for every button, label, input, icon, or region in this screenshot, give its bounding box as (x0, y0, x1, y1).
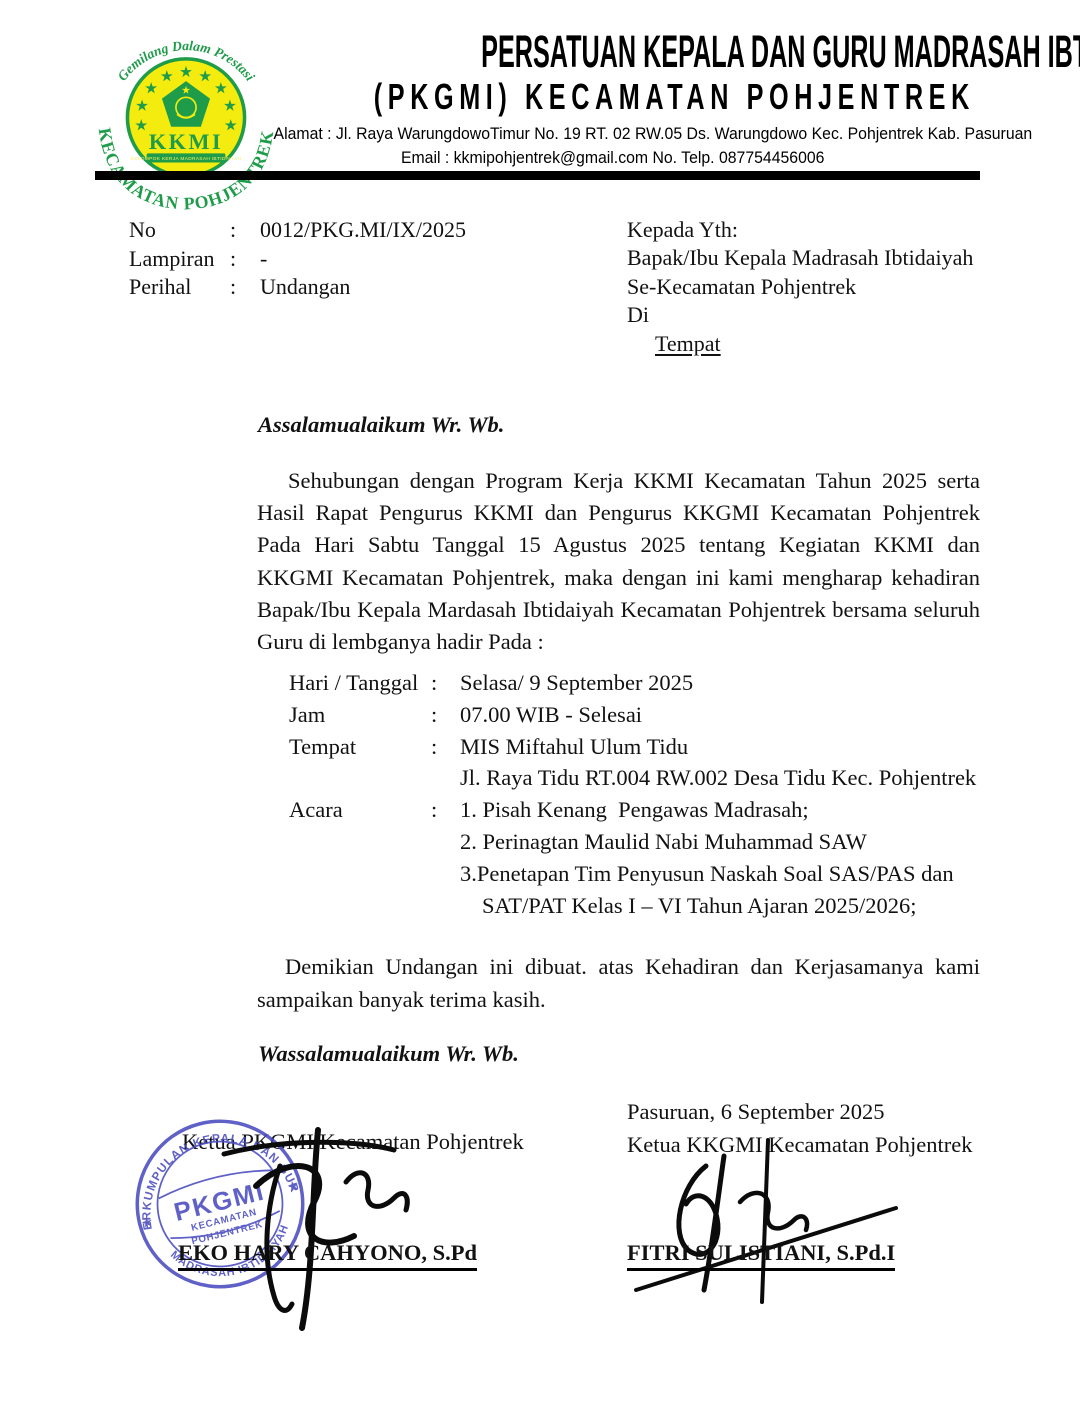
recipient-line: Bapak/Ibu Kepala Madrasah Ibtidaiyah (627, 244, 973, 272)
letterhead-divider (95, 171, 980, 180)
meta-value: Undangan (260, 273, 350, 302)
signer-left-name: EKO HARY CAHYONO, S.Pd (178, 1240, 477, 1271)
meta-colon: : (230, 245, 260, 274)
detail-label: Tempat (289, 731, 431, 763)
detail-value: 3.Penetapan Tim Penyusun Naskah Soal SAS… (460, 858, 954, 890)
detail-value: 1. Pisah Kenang Pengawas Madrasah; (460, 794, 809, 826)
detail-colon (431, 890, 460, 922)
meta-label: Perihal (129, 273, 230, 302)
detail-label (289, 762, 431, 794)
detail-colon: : (431, 699, 460, 731)
org-title-line1: PERSATUAN KEPALA DAN GURU MADRASAH IBTID… (245, 30, 980, 74)
opening-salutation: Assalamualaikum Wr. Wb. (258, 412, 504, 438)
detail-row-agenda-3: 3.Penetapan Tim Penyusun Naskah Soal SAS… (289, 858, 980, 890)
meta-value: 0012/PKG.MI/IX/2025 (260, 216, 466, 245)
letter-meta: No : 0012/PKG.MI/IX/2025 Lampiran : - Pe… (129, 216, 466, 302)
logo-acronym-text: KKMI (149, 129, 223, 154)
svg-text:KELOMPOK KERJA MADRASAH IBTIDA: KELOMPOK KERJA MADRASAH IBTIDAIYAH (131, 156, 242, 162)
recipient-line: Se-Kecamatan Pohjentrek (627, 273, 973, 301)
meta-colon: : (230, 216, 260, 245)
meta-colon: : (230, 273, 260, 302)
meta-row-number: No : 0012/PKG.MI/IX/2025 (129, 216, 466, 245)
detail-colon: : (431, 731, 460, 763)
detail-label (289, 890, 431, 922)
detail-colon (431, 858, 460, 890)
meta-label: Lampiran (129, 245, 230, 274)
letter-page: Gemilang Dalam Prestasi KKMI KELOMPOK KE… (0, 0, 1080, 1420)
detail-row-agenda-1: Acara : 1. Pisah Kenang Pengawas Madrasa… (289, 794, 980, 826)
org-address: Alamat : Jl. Raya WarungdowoTimur No. 19… (245, 122, 980, 146)
detail-label (289, 858, 431, 890)
detail-value: 2. Perinagtan Maulid Nabi Muhammad SAW (460, 826, 867, 858)
detail-label: Jam (289, 699, 431, 731)
detail-colon: : (431, 667, 460, 699)
detail-label: Hari / Tanggal (289, 667, 431, 699)
detail-value: Jl. Raya Tidu RT.004 RW.002 Desa Tidu Ke… (460, 762, 976, 794)
detail-value: Selasa/ 9 September 2025 (460, 667, 693, 699)
event-details: Hari / Tanggal : Selasa/ 9 September 202… (289, 667, 980, 921)
org-title-line2: (PKGMI) KECAMATAN POHJENTREK (245, 77, 980, 117)
detail-label: Acara (289, 794, 431, 826)
detail-label (289, 826, 431, 858)
signature-right-handwriting (628, 1138, 920, 1304)
body-paragraph: Sehubungan dengan Program Kerja KKMI Kec… (257, 465, 980, 658)
detail-row-day: Hari / Tanggal : Selasa/ 9 September 202… (289, 667, 980, 699)
meta-value: - (260, 245, 267, 274)
recipient-place: Tempat (655, 330, 973, 358)
detail-row-agenda-2: 2. Perinagtan Maulid Nabi Muhammad SAW (289, 826, 980, 858)
detail-value: MIS Miftahul Ulum Tidu (460, 731, 688, 763)
detail-row-time: Jam : 07.00 WIB - Selesai (289, 699, 980, 731)
logo-ribbon: KELOMPOK KERJA MADRASAH IBTIDAIYAH (131, 153, 242, 162)
detail-value: 07.00 WIB - Selesai (460, 699, 642, 731)
recipient-salute: Kepada Yth: (627, 216, 973, 244)
meta-row-subject: Perihal : Undangan (129, 273, 466, 302)
recipient-block: Kepada Yth: Bapak/Ibu Kepala Madrasah Ib… (627, 216, 973, 358)
detail-colon (431, 762, 460, 794)
signature-left-handwriting (196, 1126, 434, 1334)
signer-right-name: FITRI SULISTIANI, S.Pd.I (627, 1240, 895, 1271)
detail-row-venue: Tempat : MIS Miftahul Ulum Tidu (289, 731, 980, 763)
detail-colon (431, 826, 460, 858)
letterhead: PERSATUAN KEPALA DAN GURU MADRASAH IBTID… (245, 30, 980, 170)
meta-label: No (129, 216, 230, 245)
closing-paragraph: Demikian Undangan ini dibuat. atas Kehad… (257, 951, 980, 1016)
place-date: Pasuruan, 6 September 2025 (627, 1096, 973, 1129)
meta-row-attachment: Lampiran : - (129, 245, 466, 274)
detail-colon: : (431, 794, 460, 826)
org-contact: Email : kkmipohjentrek@gmail.com No. Tel… (245, 146, 980, 170)
recipient-line: Di (627, 301, 973, 329)
detail-row-venue-address: Jl. Raya Tidu RT.004 RW.002 Desa Tidu Ke… (289, 762, 980, 794)
closing-salutation: Wassalamualaikum Wr. Wb. (258, 1041, 519, 1067)
detail-value: SAT/PAT Kelas I – VI Tahun Ajaran 2025/2… (460, 890, 916, 922)
detail-row-agenda-3-cont: SAT/PAT Kelas I – VI Tahun Ajaran 2025/2… (289, 890, 980, 922)
